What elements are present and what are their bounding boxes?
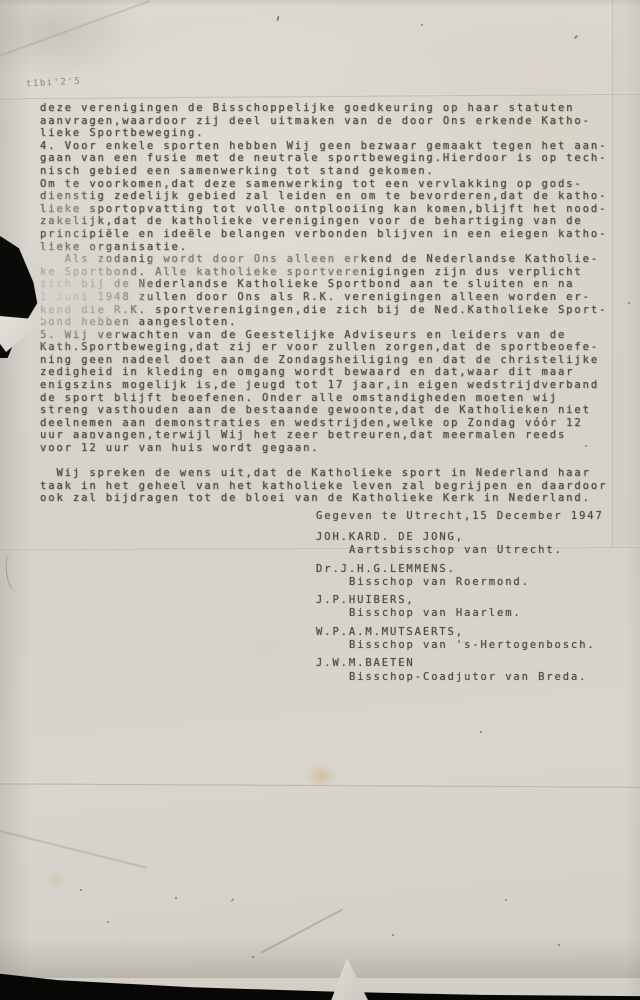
signature-title: Aartsbisschop van Utrecht. [316,544,596,557]
body-line: Om te voorkomen,dat deze samenwerking to… [40,178,607,191]
signature-name: W.P.A.M.MUTSAERTS, [316,626,596,639]
document-body: deze verenigingen de Bisschoppelijke goe… [40,102,607,505]
body-line: lieke organisatie. [40,241,607,254]
body-line: zedigheid in kleding en omgang wordt bew… [40,366,607,379]
signature: Dr.J.H.G.LEMMENS.Bisschop van Roermond. [316,563,596,589]
paragraph: Als zodanig wordt door Ons alleen erkend… [40,253,607,329]
signature: J.P.HUIBERS,Bisschop van Haarlem. [316,594,596,620]
paragraph: 4. Voor enkele sporten hebben Wij geen b… [40,140,607,178]
body-line: principiële en ideële belangen verbonden… [40,228,607,241]
body-line: 4. Voor enkele sporten hebben Wij geen b… [40,140,607,153]
body-line: taak in het geheel van het katholieke le… [40,480,607,493]
paragraph: Wij spreken de wens uit,dat de Katholiek… [40,467,607,505]
signature-title: Bisschop-Coadjutor van Breda. [316,671,596,684]
body-line: gaan van een fusie met de neutrale sport… [40,152,607,165]
speck [480,731,482,733]
body-line: Kath.Sportbeweging,dat zij er voor zulle… [40,341,607,354]
speck [252,956,254,958]
paragraph: 5. Wij verwachten van de Geestelijke Adv… [40,329,607,455]
dateline: Gegeven te Utrecht,15 December 1947 [316,510,604,523]
signature-name: J.W.M.BAETEN [316,657,596,670]
body-line: Als zodanig wordt door Ons alleen erkend… [40,253,607,266]
speck [421,24,423,26]
body-line: ning geen nadeel doet aan de Zondagsheil… [40,354,607,367]
body-line: bond hebben aangesloten. [40,316,607,329]
body-line: deelnemen aan demonstraties en wedstrijd… [40,417,607,430]
signature: JOH.KARD. DE JONG,Aartsbisschop van Utre… [316,531,596,557]
body-line: streng vasthouden aan de bestaande gewoo… [40,404,607,417]
body-line: 5. Wij verwachten van de Geestelijke Adv… [40,329,607,342]
body-line: 1 Juni 1948 zullen door Ons als R.K. ver… [40,291,607,304]
body-line: uur aanvangen,terwijl Wij het zeer betre… [40,429,607,442]
signature-name: JOH.KARD. DE JONG, [316,531,596,544]
speck [585,445,587,447]
paragraph: deze verenigingen de Bisschoppelijke goe… [40,102,607,140]
body-line: de sport blijft beoefenen. Onder alle om… [40,392,607,405]
signature-name: Dr.J.H.G.LEMMENS. [316,563,596,576]
signature: J.W.M.BAETENBisschop-Coadjutor van Breda… [316,657,596,683]
body-line: zich bij de Nederlandse Katholieke Sport… [40,278,607,291]
speck [80,889,82,891]
body-line: dienstig zedelijk gebied zal leiden en o… [40,190,607,203]
signature: W.P.A.M.MUTSAERTS,Bisschop van 's-Hertog… [316,626,596,652]
speck [505,899,507,901]
speck [92,437,94,439]
body-line: ook zal bijdragen tot de bloei van de Ka… [40,492,607,505]
scanned-document-page: t1bi'2'5 deze verenigingen de Bisschoppe… [0,0,640,1000]
body-line: deze verenigingen de Bisschoppelijke goe… [40,102,607,115]
speck [558,944,560,946]
signature-title: Bisschop van 's-Hertogenbosch. [316,639,596,652]
signature-block: JOH.KARD. DE JONG,Aartsbisschop van Utre… [316,531,596,689]
speck [175,897,177,899]
signature-name: J.P.HUIBERS, [316,594,596,607]
signature-title: Bisschop van Haarlem. [316,607,596,620]
speck [107,921,109,923]
body-line: ke Sportbond. Alle katholieke sportveren… [40,266,607,279]
body-line: Wij spreken de wens uit,dat de Katholiek… [40,467,607,480]
body-line: lieke Sportbeweging. [40,127,607,140]
body-line: nisch gebied een samenwerking tot stand … [40,165,607,178]
paragraph: Om te voorkomen,dat deze samenwerking to… [40,178,607,254]
speck [392,934,394,936]
body-line: lieke sportopvatting tot volle ontplooii… [40,203,607,216]
speck [628,302,630,304]
body-line: enigszins mogelijk is,de jeugd tot 17 ja… [40,379,607,392]
body-line: aanvragen,waardoor zij deel uitmaken van… [40,115,607,128]
signature-title: Bisschop van Roermond. [316,576,596,589]
body-line: voor 12 uur van huis wordt gegaan. [40,442,607,455]
body-line: kend die R.K. sportverenigingen,die zich… [40,304,607,317]
body-line: zakelijk,dat de katholieke verenigingen … [40,215,607,228]
